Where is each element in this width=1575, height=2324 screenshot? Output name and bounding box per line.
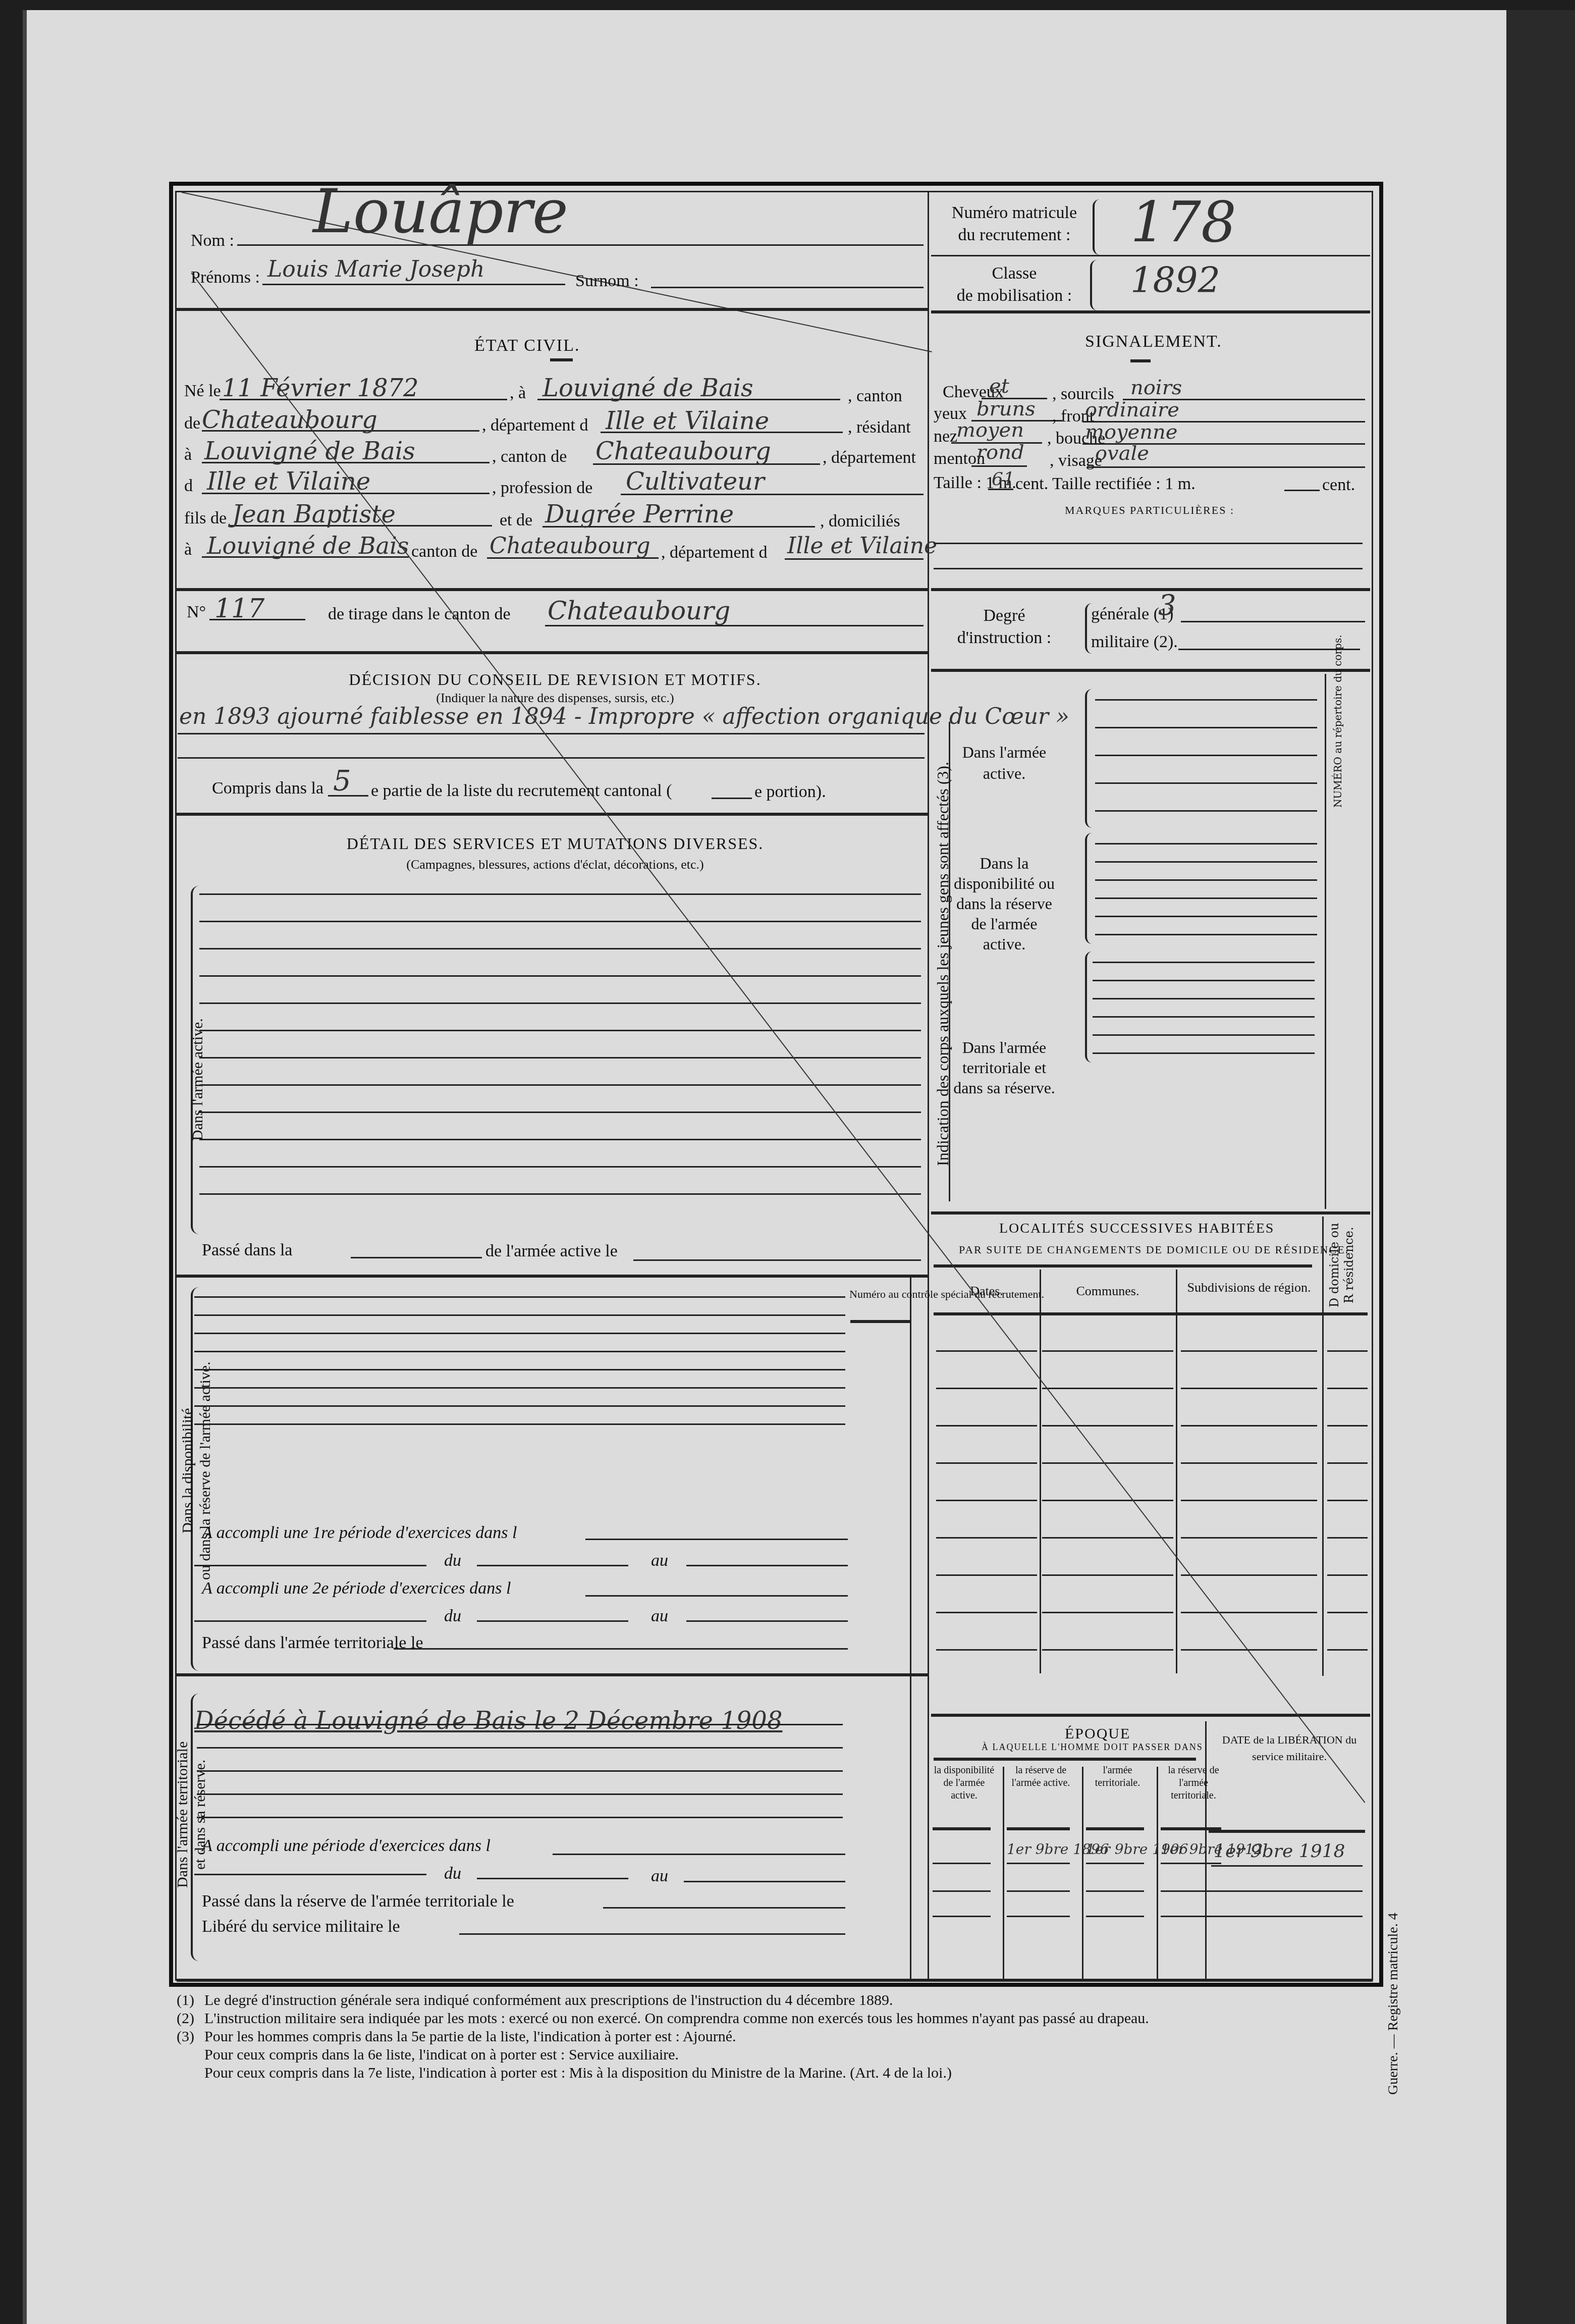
ruled-line bbox=[1095, 861, 1317, 863]
generale-line bbox=[1181, 621, 1365, 622]
departement-value: Ille et Vilaine bbox=[606, 409, 769, 433]
menton-value: rond bbox=[976, 442, 1024, 462]
terr-right-divider bbox=[910, 1676, 911, 1979]
instruction-label-2: d'instruction : bbox=[957, 628, 1052, 647]
ruled-line bbox=[1327, 1537, 1368, 1539]
ne-le-value: 11 Février 1872 bbox=[222, 376, 419, 400]
localites-subtitle: PAR SUITE DE CHANGEMENTS DE DOMICILE OU … bbox=[959, 1244, 1349, 1255]
epoque-rule bbox=[1007, 1827, 1070, 1830]
epoque-col-label: la disponibilité de l'armée active. bbox=[933, 1764, 996, 1802]
decision-value: en 1893 ajourné faiblesse en 1894 - Impr… bbox=[179, 706, 1069, 728]
localites-bracket bbox=[934, 1264, 1312, 1267]
ruled-line bbox=[197, 1770, 843, 1772]
ruled-line bbox=[199, 1057, 921, 1059]
epoque-rule bbox=[1086, 1863, 1144, 1864]
ruled-line bbox=[936, 1574, 1037, 1576]
libere-label: Libéré du service militaire le bbox=[202, 1918, 400, 1935]
ruled-line bbox=[1095, 727, 1317, 728]
periode1-au-label: au bbox=[651, 1552, 668, 1569]
fils-de-label: fils de bbox=[184, 510, 227, 527]
classe-divider bbox=[931, 310, 1370, 313]
ruled-line bbox=[1181, 1537, 1317, 1539]
ruled-line bbox=[194, 1351, 845, 1352]
epoque-col-divider bbox=[1082, 1767, 1083, 1979]
mere-value: Dugrée Perrine bbox=[545, 502, 734, 526]
tirage-no-value: 117 bbox=[214, 596, 264, 622]
marques-line-1 bbox=[934, 543, 1363, 544]
ruled-line bbox=[1327, 1388, 1368, 1389]
residence-canton-value: Chateaubourg bbox=[595, 439, 771, 463]
decision-title: DÉCISION DU CONSEIL DE REVISION ET MOTIF… bbox=[227, 671, 883, 688]
ruled-line bbox=[199, 893, 921, 895]
periode-terr-du-line bbox=[477, 1878, 628, 1879]
ruled-line bbox=[936, 1537, 1037, 1539]
cent2-label: cent. bbox=[1322, 477, 1355, 494]
epoque-rule bbox=[1007, 1890, 1070, 1892]
signalement-rule bbox=[1130, 359, 1151, 362]
ne-le-label: Né le bbox=[184, 383, 221, 400]
passe-line bbox=[351, 1257, 482, 1258]
lieu-naissance: Louvigné de Bais bbox=[542, 376, 753, 400]
ruled-line bbox=[1093, 1052, 1315, 1054]
menton-line bbox=[971, 465, 1027, 467]
ruled-line bbox=[1181, 1574, 1317, 1576]
passe-reserve-terr-label: Passé dans la réserve de l'armée territo… bbox=[202, 1893, 514, 1910]
ruled-line bbox=[1042, 1350, 1173, 1352]
ruled-line bbox=[1042, 1500, 1173, 1501]
periode-terr-au-line bbox=[684, 1881, 845, 1882]
tirage-canton-label: de tirage dans le canton de bbox=[328, 606, 511, 623]
periode1-au-line bbox=[686, 1565, 848, 1566]
ruled-line bbox=[1095, 843, 1317, 844]
corps-numero-divider bbox=[1325, 674, 1326, 1209]
epoque-rule bbox=[1007, 1863, 1070, 1864]
localites-col-2 bbox=[1176, 1270, 1177, 1673]
passe-suffix: de l'armée active le bbox=[485, 1243, 618, 1260]
matricule-label-2: du recrutement : bbox=[958, 226, 1071, 244]
bouche-value: moyenne bbox=[1085, 422, 1177, 442]
ruled-line bbox=[197, 1793, 843, 1795]
localites-title: LOCALITÉS SUCCESSIVES HABITÉES bbox=[999, 1222, 1274, 1236]
tirage-no-label: N° bbox=[187, 604, 206, 621]
ruled-line bbox=[936, 1649, 1037, 1651]
domicilies-label: , domiciliés bbox=[820, 513, 900, 530]
liberation-line-3 bbox=[1211, 1916, 1363, 1917]
instruction-label-1: Degré bbox=[983, 606, 1025, 625]
compris-value: 5 bbox=[333, 767, 351, 796]
ruled-line bbox=[194, 1387, 845, 1389]
periode2-du-label: du bbox=[444, 1608, 461, 1625]
yeux-value: bruns bbox=[976, 399, 1036, 419]
passe-reserve-terr-line bbox=[603, 1907, 845, 1909]
ruled-line bbox=[936, 1500, 1037, 1501]
periode2-place-line bbox=[194, 1620, 426, 1622]
ruled-line bbox=[1042, 1388, 1173, 1389]
epoque-title: ÉPOQUE bbox=[1065, 1726, 1130, 1741]
ruled-line bbox=[1327, 1500, 1368, 1501]
epoque-rule bbox=[933, 1916, 991, 1917]
dispo-divider bbox=[177, 1673, 928, 1676]
ruled-line bbox=[936, 1462, 1037, 1464]
ruled-line bbox=[936, 1388, 1037, 1389]
ruled-line bbox=[936, 1425, 1037, 1427]
ruled-line bbox=[197, 1817, 843, 1818]
terr-vertical-label: Dans l'armée territorialeet dans sa rése… bbox=[174, 1741, 209, 1888]
localites-header-rule bbox=[934, 1312, 1368, 1315]
prenoms-line bbox=[262, 284, 565, 285]
signalement-title: SIGNALEMENT. bbox=[1085, 333, 1222, 350]
ruled-line bbox=[1181, 1462, 1317, 1464]
residence-dept-d-label: d bbox=[184, 478, 193, 495]
footnote-text: Pour les hommes compris dans la 5e parti… bbox=[204, 2028, 736, 2045]
decision-subtitle: (Indiquer la nature des dispenses, sursi… bbox=[227, 692, 883, 705]
corps-brace-active bbox=[1085, 689, 1092, 828]
ruled-line bbox=[1095, 699, 1317, 701]
periode1-line bbox=[585, 1539, 848, 1540]
residant-label: , résidant bbox=[848, 419, 911, 436]
passe-territoriale-label: Passé dans l'armée territoriale le bbox=[202, 1634, 423, 1652]
a-label: , à bbox=[510, 385, 526, 402]
ruled-line bbox=[1093, 1016, 1315, 1018]
residence-a-label: à bbox=[184, 446, 192, 463]
epoque-rule bbox=[933, 1827, 991, 1830]
ruled-line bbox=[194, 1423, 845, 1425]
periode-terr-au-label: au bbox=[651, 1868, 668, 1885]
footnote: Pour ceux compris dans la 6e liste, l'in… bbox=[177, 2046, 1363, 2064]
footnote: (2)L'instruction militaire sera indiquée… bbox=[177, 2010, 1363, 2028]
periode2-au-label: au bbox=[651, 1608, 668, 1625]
ruled-line bbox=[1093, 998, 1315, 999]
epoque-col-label: la réserve de l'armée territoriale. bbox=[1161, 1764, 1226, 1802]
periode-terr-line bbox=[553, 1854, 845, 1855]
ruled-line bbox=[194, 1369, 845, 1370]
de-label: de bbox=[184, 415, 200, 432]
periode2-label: A accompli une 2e période d'exercices da… bbox=[202, 1580, 511, 1597]
numero-controle-rule bbox=[850, 1320, 911, 1323]
passe-date-line bbox=[633, 1259, 921, 1261]
liberation-line-2 bbox=[1211, 1890, 1363, 1892]
instruction-divider bbox=[931, 669, 1370, 672]
etat-civil-divider bbox=[177, 588, 928, 591]
margin-note: Guerre. — Registre matricule. 4 bbox=[1385, 1913, 1401, 2095]
epoque-rule bbox=[1007, 1916, 1070, 1917]
et-de-label: et de bbox=[500, 512, 532, 529]
page-edge bbox=[1506, 10, 1575, 2324]
epoque-rule bbox=[1086, 1890, 1144, 1892]
title-rule bbox=[550, 358, 573, 361]
ruled-line bbox=[1327, 1462, 1368, 1464]
header-divider bbox=[177, 308, 928, 311]
dispo-vertical-2: ou dans la réserve de l'armée active. bbox=[197, 1361, 213, 1580]
ruled-line bbox=[1095, 755, 1317, 756]
ruled-line bbox=[1181, 1388, 1317, 1389]
column-divider bbox=[928, 192, 929, 1979]
corps-group-active: Dans l'armée active. bbox=[954, 742, 1055, 784]
ruled-line bbox=[199, 1166, 921, 1168]
periode2-au-line bbox=[686, 1620, 848, 1622]
ruled-line bbox=[1093, 1034, 1315, 1036]
footnote-mark: (2) bbox=[177, 2010, 204, 2028]
epoque-rule bbox=[1086, 1916, 1144, 1917]
ruled-line bbox=[1042, 1537, 1173, 1539]
dr-label-1: D domicile ou bbox=[1327, 1223, 1341, 1307]
ruled-line bbox=[1095, 934, 1317, 935]
pere-value: Jean Baptiste bbox=[232, 502, 396, 526]
domicile-dept-label: , département d bbox=[661, 544, 768, 561]
departement-label: , département d bbox=[482, 417, 588, 434]
ruled-line bbox=[197, 1747, 843, 1749]
ruled-line bbox=[1042, 1462, 1173, 1464]
footnote: (3)Pour les hommes compris dans la 5e pa… bbox=[177, 2028, 1363, 2046]
corps-numero-label: NUMÉRO au répertoire du corps. bbox=[1332, 635, 1344, 808]
ruled-line bbox=[1327, 1649, 1368, 1651]
liberation-value: 1er 9bre 1918 bbox=[1214, 1842, 1345, 1861]
ruled-line bbox=[936, 1612, 1037, 1613]
prenoms-value: Louis Marie Joseph bbox=[267, 258, 484, 281]
services-subtitle: (Campagnes, blessures, actions d'éclat, … bbox=[227, 858, 883, 871]
portion-line bbox=[712, 798, 752, 799]
liberation-line-1 bbox=[1211, 1865, 1363, 1867]
periode-terr-place-line bbox=[194, 1874, 426, 1875]
domicile-canton-value: Chateaubourg bbox=[490, 535, 650, 557]
corps-brace-line bbox=[949, 722, 950, 1201]
classe-label-1: Classe bbox=[992, 264, 1037, 283]
ruled-line bbox=[1095, 810, 1317, 812]
dr-label-2: R résidence. bbox=[1342, 1227, 1356, 1303]
active-divider bbox=[177, 1275, 928, 1278]
footnotes: (1)Le degré d'instruction générale sera … bbox=[177, 1991, 1363, 2082]
tirage-divider bbox=[177, 651, 928, 654]
dispo-vertical-label: Dans la disponibilitéou dans la réserve … bbox=[179, 1361, 214, 1580]
ruled-line bbox=[1093, 962, 1315, 963]
footnote-mark: (3) bbox=[177, 2028, 204, 2046]
liberation-label: DATE de la LIBÉRATION du service militai… bbox=[1209, 1731, 1370, 1765]
libere-line bbox=[459, 1933, 845, 1935]
profession-label: , profession de bbox=[492, 480, 592, 497]
matricule-divider bbox=[931, 255, 1370, 256]
marques-title: MARQUES PARTICULIÈRES : bbox=[1065, 505, 1234, 516]
periode1-place-line bbox=[194, 1565, 426, 1566]
classe-value: 1892 bbox=[1130, 262, 1220, 298]
taille-value: 61 bbox=[992, 470, 1015, 489]
nez-value: moyen bbox=[956, 420, 1024, 440]
localites-col-subdivisions: Subdivisions de région. bbox=[1181, 1280, 1317, 1295]
epoque-subtitle: À LAQUELLE L'HOMME DOIT PASSER DANS bbox=[982, 1742, 1203, 1752]
ruled-line bbox=[194, 1333, 845, 1334]
localites-divider bbox=[931, 1714, 1370, 1717]
instruction-label: Degréd'instruction : bbox=[939, 605, 1070, 649]
nom-label: Nom : bbox=[191, 232, 234, 249]
sourcils-value: noirs bbox=[1130, 378, 1182, 398]
ruled-line bbox=[1181, 1350, 1317, 1352]
epoque-col-divider bbox=[1157, 1767, 1158, 1979]
passe-territoriale-line bbox=[394, 1648, 848, 1650]
footnote-text: Pour ceux compris dans la 6e liste, l'in… bbox=[204, 2046, 679, 2063]
ruled-line bbox=[1095, 782, 1317, 784]
ruled-line bbox=[1095, 916, 1317, 917]
residence-canton-label: , canton de bbox=[492, 448, 567, 465]
services-title: DÉTAIL DES SERVICES ET MUTATIONS DIVERSE… bbox=[227, 835, 883, 852]
ruled-line bbox=[199, 921, 921, 922]
ruled-line bbox=[199, 975, 921, 977]
ruled-line bbox=[199, 1139, 921, 1140]
ruled-line bbox=[1095, 879, 1317, 881]
profession-value: Cultivateur bbox=[626, 469, 765, 494]
ruled-line bbox=[197, 1724, 843, 1725]
residence-dept-label: , département bbox=[823, 449, 916, 466]
epoque-rule bbox=[1161, 1863, 1221, 1864]
signalement-divider bbox=[931, 588, 1370, 591]
surnom-line bbox=[651, 287, 924, 288]
domicile-canton-label: canton de bbox=[411, 543, 477, 560]
ruled-line bbox=[1042, 1649, 1173, 1651]
dr-label: D domicile ouR résidence. bbox=[1327, 1223, 1356, 1307]
visage-value: ovale bbox=[1095, 443, 1149, 463]
dispo-vertical-1: Dans la disponibilité bbox=[179, 1408, 196, 1534]
ruled-line bbox=[1181, 1425, 1317, 1427]
surnom-label: Surnom : bbox=[575, 273, 639, 290]
canton-label: , canton bbox=[848, 388, 902, 405]
epoque-rule bbox=[1086, 1827, 1144, 1830]
active-vertical-label: Dans l'armée active. bbox=[189, 1018, 207, 1141]
ruled-line bbox=[199, 1193, 921, 1195]
matricule-brace bbox=[1093, 199, 1100, 255]
ruled-line bbox=[199, 1112, 921, 1113]
ruled-line bbox=[1093, 980, 1315, 981]
generale-value: 3 bbox=[1158, 592, 1176, 620]
partie-label: e partie de la liste du recrutement cant… bbox=[371, 782, 672, 800]
localites-col-communes: Communes. bbox=[1040, 1285, 1176, 1298]
ruled-line bbox=[1327, 1612, 1368, 1613]
corps-divider bbox=[931, 1211, 1370, 1214]
decision-divider bbox=[177, 813, 928, 816]
localites-col-dates: Dates. bbox=[934, 1285, 1040, 1298]
passe-label: Passé dans la bbox=[202, 1242, 292, 1259]
epoque-bracket bbox=[934, 1758, 1196, 1761]
footnote-mark: (1) bbox=[177, 1991, 204, 2010]
terr-vertical-1: Dans l'armée territoriale bbox=[174, 1741, 191, 1888]
classe-label-2: de mobilisation : bbox=[957, 286, 1072, 305]
ruled-line bbox=[1327, 1574, 1368, 1576]
domicile-a-label: à bbox=[184, 541, 192, 558]
liberation-header-rule bbox=[1209, 1830, 1365, 1833]
corps-group-disponibilite: Dans la disponibilité ou dans la réserve… bbox=[951, 853, 1057, 954]
matricule-label-1: Numéro matricule bbox=[952, 203, 1077, 222]
cheveux-value: et bbox=[989, 376, 1009, 396]
marques-line-2 bbox=[934, 568, 1363, 569]
footnote-text: L'instruction militaire sera indiquée pa… bbox=[204, 2010, 1149, 2027]
compris-label: Compris dans la bbox=[212, 780, 323, 797]
footnote: (1)Le degré d'instruction générale sera … bbox=[177, 1991, 1363, 2010]
ruled-line bbox=[194, 1405, 845, 1407]
ruled-line bbox=[1042, 1612, 1173, 1613]
classe-label: Classede mobilisation : bbox=[939, 262, 1090, 307]
periode1-du-line bbox=[477, 1565, 628, 1566]
decision-line-1 bbox=[178, 733, 925, 734]
numero-controle-label: Numéro au contrôle spécial du recrutemen… bbox=[849, 1287, 910, 1301]
corps-brace-dispo bbox=[1085, 833, 1092, 944]
matricule-label: Numéro matriculedu recrutement : bbox=[939, 202, 1090, 246]
front-value: ordinaire bbox=[1085, 400, 1179, 420]
epoque-rule bbox=[933, 1863, 991, 1864]
visage-line bbox=[1088, 466, 1365, 468]
periode1-label: A accompli une 1re période d'exercices d… bbox=[202, 1524, 517, 1542]
tirage-canton-value: Chateaubourg bbox=[548, 598, 730, 623]
classe-brace bbox=[1090, 260, 1097, 310]
ruled-line bbox=[194, 1314, 845, 1316]
taille-rectifiee-line bbox=[1284, 490, 1320, 491]
militaire-label: militaire (2). bbox=[1091, 633, 1178, 651]
portion-label: e portion). bbox=[754, 783, 826, 801]
domicile-dept-value: Ille et Vilaine bbox=[787, 535, 937, 557]
residence-value: Louvigné de Bais bbox=[204, 439, 415, 463]
ruled-line bbox=[194, 1296, 845, 1298]
nom-value: Louâpre bbox=[313, 182, 568, 242]
matricule-value: 178 bbox=[1130, 194, 1236, 250]
localites-col-3 bbox=[1322, 1217, 1324, 1676]
localites-col-1 bbox=[1040, 1270, 1041, 1673]
ruled-line bbox=[1327, 1425, 1368, 1427]
ruled-line bbox=[1042, 1425, 1173, 1427]
etat-civil-title: ÉTAT CIVIL. bbox=[474, 337, 580, 354]
footnote-text: Pour ceux compris dans la 7e liste, l'in… bbox=[204, 2065, 952, 2081]
corps-brace-terr bbox=[1085, 952, 1092, 1063]
periode-terr-du-label: du bbox=[444, 1865, 461, 1882]
ruled-line bbox=[199, 1030, 921, 1031]
cent-label: cent. Taille rectifiée : 1 m. bbox=[1015, 476, 1196, 493]
ruled-line bbox=[1181, 1612, 1317, 1613]
ruled-line bbox=[199, 1002, 921, 1004]
footnote: Pour ceux compris dans la 7e liste, l'in… bbox=[177, 2064, 1363, 2082]
ruled-line bbox=[199, 1084, 921, 1086]
periode2-line bbox=[585, 1595, 848, 1597]
periode1-du-label: du bbox=[444, 1552, 461, 1569]
ruled-line bbox=[936, 1350, 1037, 1352]
numero-controle-divider bbox=[910, 1277, 911, 1676]
epoque-rule bbox=[933, 1890, 991, 1892]
deces-note: Décédé à Louvigné de Bais le 2 Décembre … bbox=[194, 1709, 782, 1733]
prenoms-label: Prénoms : bbox=[191, 269, 260, 286]
canton-value: Chateaubourg bbox=[202, 408, 377, 432]
ruled-line bbox=[1327, 1350, 1368, 1352]
epoque-col-label: la réserve de l'armée active. bbox=[1007, 1764, 1075, 1789]
periode-terr-label: A accompli une période d'exercices dans … bbox=[202, 1837, 491, 1855]
ruled-line bbox=[1181, 1500, 1317, 1501]
footnote-text: Le degré d'instruction générale sera ind… bbox=[204, 1992, 893, 2009]
domicile-value: Louvigné de Bais bbox=[207, 534, 409, 557]
corps-group-territoriale: Dans l'armée territoriale et dans sa rés… bbox=[951, 1037, 1057, 1098]
epoque-col-divider bbox=[1003, 1767, 1004, 1979]
periode2-du-line bbox=[477, 1620, 628, 1622]
ruled-line bbox=[199, 948, 921, 949]
epoque-col-label: l'armée territoriale. bbox=[1086, 1764, 1149, 1789]
footnotes-top-rule bbox=[177, 1979, 1373, 1982]
ruled-line bbox=[1042, 1574, 1173, 1576]
decision-line-2 bbox=[178, 757, 925, 759]
ruled-line bbox=[1095, 897, 1317, 899]
